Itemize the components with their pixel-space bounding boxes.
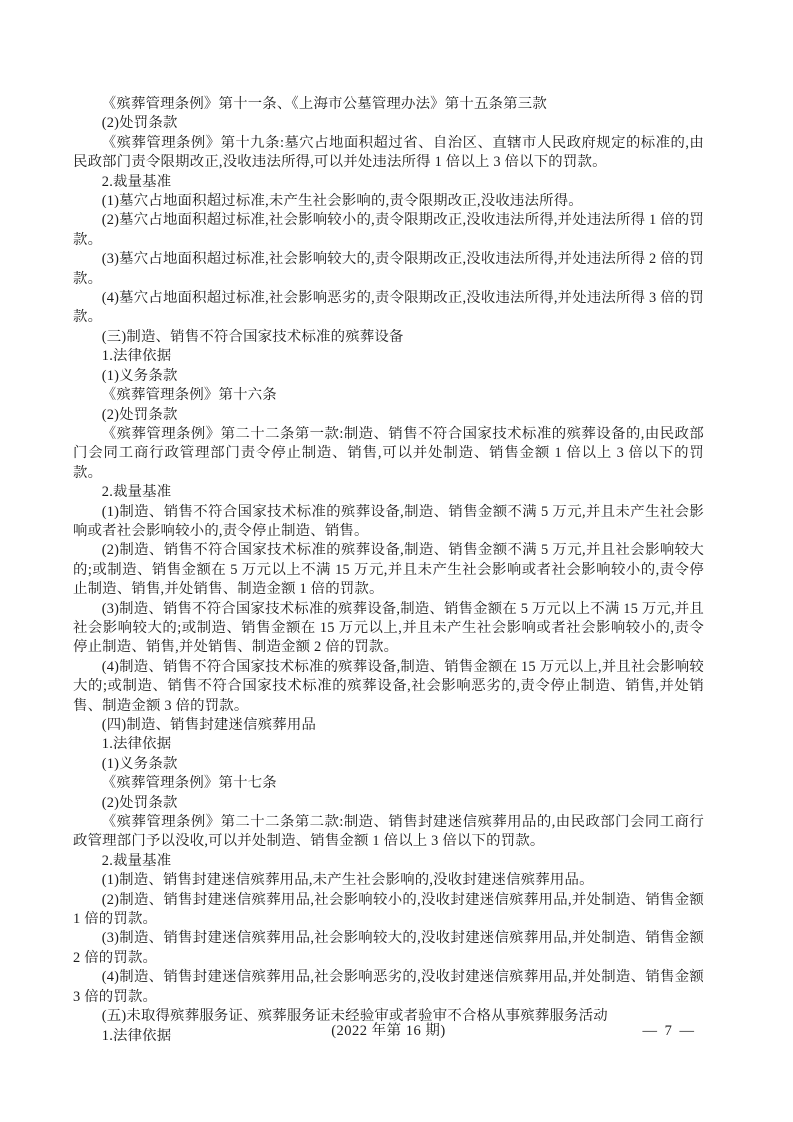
paragraph: (4)墓穴占地面积超过标准,社会影响恶劣的,责令限期改正,没收违法所得,并处违法… [73,289,704,328]
paragraph: 《殡葬管理条例》第十九条:墓穴占地面积超过省、自治区、直辖市人民政府规定的标准的… [73,134,704,173]
paragraph: 2.裁量基准 [73,483,704,502]
paragraph: (1)制造、销售不符合国家技术标准的殡葬设备,制造、销售金额不满 5 万元,并且… [73,503,704,542]
paragraph: (2)墓穴占地面积超过标准,社会影响较小的,责令限期改正,没收违法所得,并处违法… [73,211,704,250]
paragraph: 1.法律依据 [73,347,704,366]
paragraph: 《殡葬管理条例》第十七条 [73,774,704,793]
paragraph: (2)处罚条款 [73,794,704,813]
paragraph: (1)义务条款 [73,367,704,386]
page-footer: (2022 年第 16 期) — 7 — [73,1021,704,1041]
paragraph: 《殡葬管理条例》第十六条 [73,386,704,405]
paragraph: (1)墓穴占地面积超过标准,未产生社会影响的,责令限期改正,没收违法所得。 [73,192,704,211]
document-page: 《殡葬管理条例》第十一条、《上海市公墓管理办法》第十五条第三款 (2)处罚条款 … [0,0,793,1122]
paragraph: (1)义务条款 [73,755,704,774]
paragraph: 《殡葬管理条例》第二十二条第二款:制造、销售封建迷信殡葬用品的,由民政部门会同工… [73,813,704,852]
paragraph: 《殡葬管理条例》第十一条、《上海市公墓管理办法》第十五条第三款 [73,95,704,114]
page-number: — 7 — [643,1021,697,1041]
paragraph: (2)处罚条款 [73,114,704,133]
paragraph: 《殡葬管理条例》第二十二条第一款:制造、销售不符合国家技术标准的殡葬设备的,由民… [73,425,704,483]
section-heading: (四)制造、销售封建迷信殡葬用品 [73,716,704,735]
paragraph: 2.裁量基准 [73,173,704,192]
paragraph: (3)制造、销售封建迷信殡葬用品,社会影响较大的,没收封建迷信殡葬用品,并处制造… [73,929,704,968]
paragraph: (1)制造、销售封建迷信殡葬用品,未产生社会影响的,没收封建迷信殡葬用品。 [73,871,704,890]
paragraph: 1.法律依据 [73,735,704,754]
paragraph: (2)制造、销售封建迷信殡葬用品,社会影响较小的,没收封建迷信殡葬用品,并处制造… [73,891,704,930]
document-body: 《殡葬管理条例》第十一条、《上海市公墓管理办法》第十五条第三款 (2)处罚条款 … [73,95,704,1046]
issue-label: (2022 年第 16 期) [73,1021,704,1041]
paragraph: (3)制造、销售不符合国家技术标准的殡葬设备,制造、销售金额在 5 万元以上不满… [73,600,704,658]
paragraph: (2)处罚条款 [73,406,704,425]
paragraph: (2)制造、销售不符合国家技术标准的殡葬设备,制造、销售金额不满 5 万元,并且… [73,541,704,599]
paragraph: 2.裁量基准 [73,852,704,871]
section-heading: (三)制造、销售不符合国家技术标准的殡葬设备 [73,328,704,347]
paragraph: (3)墓穴占地面积超过标准,社会影响较大的,责令限期改正,没收违法所得,并处违法… [73,250,704,289]
paragraph: (4)制造、销售不符合国家技术标准的殡葬设备,制造、销售金额在 15 万元以上,… [73,658,704,716]
paragraph: (4)制造、销售封建迷信殡葬用品,社会影响恶劣的,没收封建迷信殡葬用品,并处制造… [73,968,704,1007]
